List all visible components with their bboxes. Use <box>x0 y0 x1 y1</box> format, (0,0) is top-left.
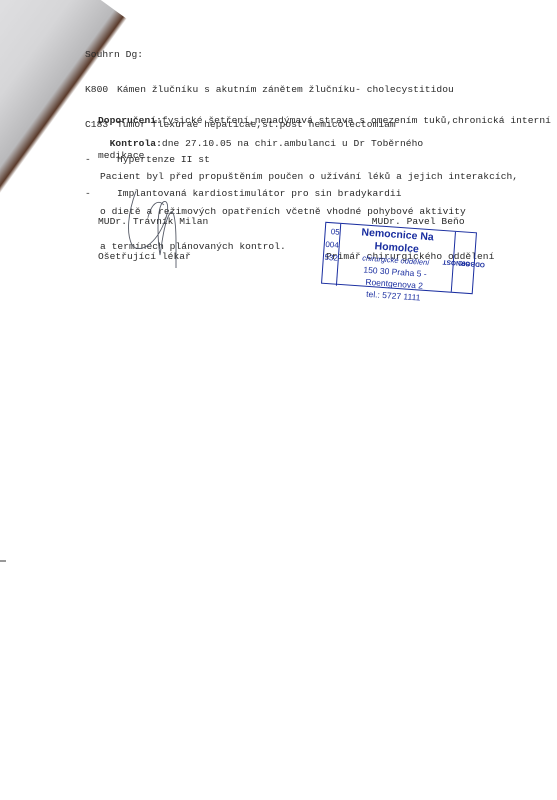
recommendation-label: Doporučení: <box>98 115 162 126</box>
followup-text: dne 27.10.05 na chir.ambulanci u Dr Tobě… <box>162 138 423 149</box>
recommendation-text: fysické šetření,nenadýmavá strava s omez… <box>162 115 551 126</box>
diagnosis-heading: Souhrn Dg: <box>85 49 454 61</box>
handwritten-signature <box>118 183 188 273</box>
hospital-stamp: 05 004 532 Nemocnice Na Homolce chirurgi… <box>321 222 477 294</box>
followup-section: Kontrola:dne 27.10.05 na chir.ambulanci … <box>98 126 423 149</box>
followup-label: Kontrola: <box>110 138 162 149</box>
stamp-codes: 05 004 532 <box>322 223 341 286</box>
instruction-line: Pacient byl před propuštěním poučen o už… <box>100 171 518 183</box>
scan-artifact <box>0 560 6 562</box>
stamp-specialty: ODBORNOST501 <box>451 232 476 293</box>
